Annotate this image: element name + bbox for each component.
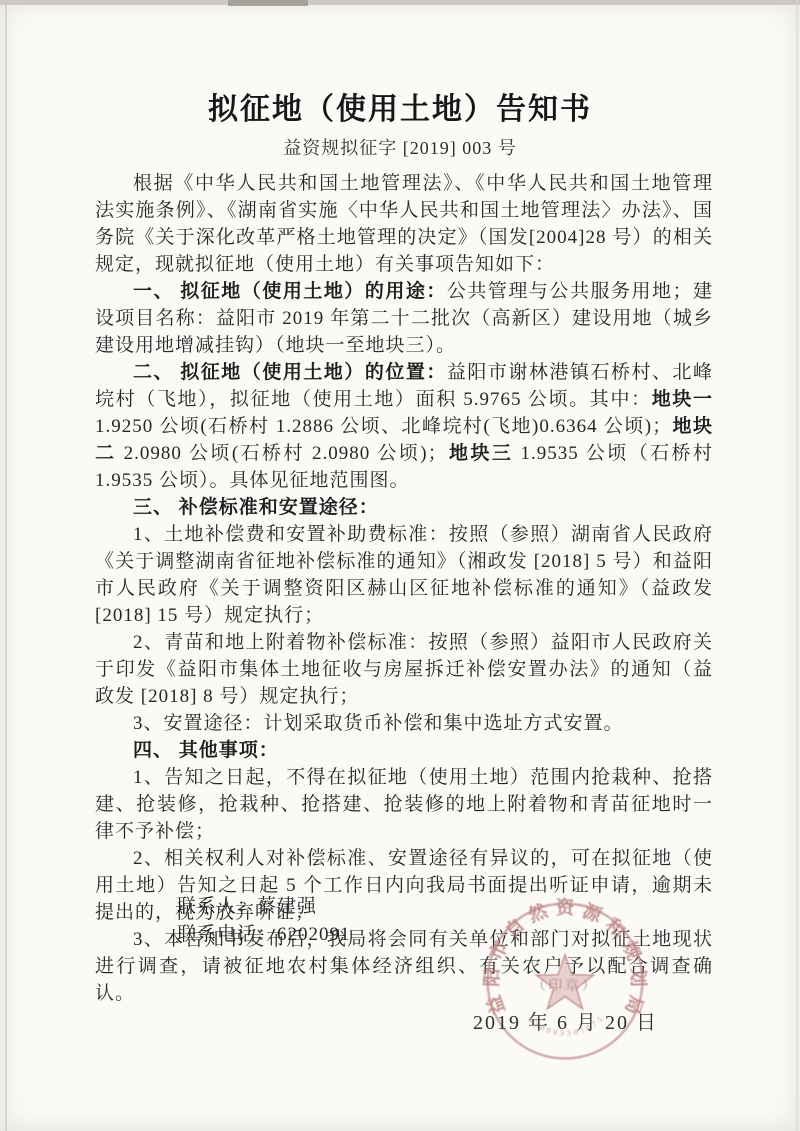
issue-date: 2019 年 6 月 20 日 [473, 1006, 658, 1035]
paragraph-section-4-heading: 四、 其他事项： [95, 737, 713, 764]
paragraph-section-4-item-1: 1、告知之日起，不得在拟征地（使用土地）范围内抢栽种、抢搭建、抢装修，抢栽种、抢… [95, 764, 713, 845]
document-title: 拟征地（使用土地）告知书 [0, 84, 800, 128]
paragraph-section-2: 二、 拟征地（使用土地）的位置：益阳市谢林港镇石桥村、北峰垸村（飞地），拟征地（… [95, 359, 713, 494]
plot-2-text: 2.0980 公顷(石桥村 2.0980 公顷)； [116, 443, 447, 464]
section-3-item-2: 2、青苗和地上附着物补偿标准：按照（参照）益阳市人民政府关于印发《益阳市集体土地… [95, 632, 713, 707]
paragraph-section-3-item-1: 1、土地补偿费和安置补助费标准：按照（参照）湖南省人民政府《关于调整湖南省征地补… [95, 521, 713, 629]
scan-artifact-left-edge [5, 0, 7, 1131]
contact-phone-value: 6202091 [277, 924, 351, 945]
scanned-document-page: 拟征地（使用土地）告知书 益资规拟征字 [2019] 003 号 根据《中华人民… [0, 0, 800, 1131]
paragraph-section-1: 一、 拟征地（使用土地）的用途：公共管理与公共服务用地；建设项目名称：益阳市 2… [95, 278, 713, 359]
section-4-heading: 四、 其他事项： [133, 740, 279, 761]
paragraph-section-3-heading: 三、 补偿标准和安置途径： [95, 494, 713, 521]
section-2-heading: 二、 拟征地（使用土地）的位置： [133, 362, 447, 383]
scan-artifact-top-edge [0, 0, 800, 5]
contact-phone-line: 联系电话：6202091 [177, 921, 351, 949]
contact-person-value: 蔡建强 [257, 896, 317, 917]
section-4-item-1: 1、告知之日起，不得在拟征地（使用土地）范围内抢栽种、抢搭建、抢装修，抢栽种、抢… [95, 767, 713, 842]
official-seal: 益阳市自然资源和规划局 （印章） 430903301075 [477, 893, 653, 1069]
section-3-item-3: 3、安置途径：计划采取货币补偿和集中选址方式安置。 [133, 713, 624, 734]
contact-person-line: 联系人：蔡建强 [177, 893, 351, 921]
paragraph-intro: 根据《中华人民共和国土地管理法》、《中华人民共和国土地管理法实施条例》、《湖南省… [95, 170, 713, 278]
document-body: 根据《中华人民共和国土地管理法》、《中华人民共和国土地管理法实施条例》、《湖南省… [95, 170, 713, 1007]
intro-text: 根据《中华人民共和国土地管理法》、《中华人民共和国土地管理法实施条例》、《湖南省… [95, 173, 713, 275]
scan-artifact-top-smudge [228, 0, 308, 6]
paragraph-section-3-item-3: 3、安置途径：计划采取货币补偿和集中选址方式安置。 [95, 710, 713, 737]
section-3-item-1: 1、土地补偿费和安置补助费标准：按照（参照）湖南省人民政府《关于调整湖南省征地补… [95, 524, 713, 626]
document-number: 益资规拟征字 [2019] 003 号 [0, 134, 800, 160]
paragraph-section-3-item-2: 2、青苗和地上附着物补偿标准：按照（参照）益阳市人民政府关于印发《益阳市集体土地… [95, 629, 713, 710]
contact-block: 联系人：蔡建强 联系电话：6202091 [177, 893, 351, 949]
plot-3-label: 地块三 [448, 443, 514, 464]
section-3-heading: 三、 补偿标准和安置途径： [133, 497, 379, 518]
section-1-heading: 一、 拟征地（使用土地）的用途： [133, 281, 447, 302]
scan-artifact-right-edge [796, 0, 798, 1131]
contact-person-label: 联系人： [177, 896, 257, 917]
contact-phone-label: 联系电话： [177, 924, 277, 945]
seal-inner-text: （印章） [532, 977, 599, 994]
plot-1-text: 1.9250 公顷(石桥村 1.2886 公顷、北峰垸村(飞地)0.6364 公… [95, 416, 672, 437]
plot-1-label: 地块一 [652, 389, 713, 410]
